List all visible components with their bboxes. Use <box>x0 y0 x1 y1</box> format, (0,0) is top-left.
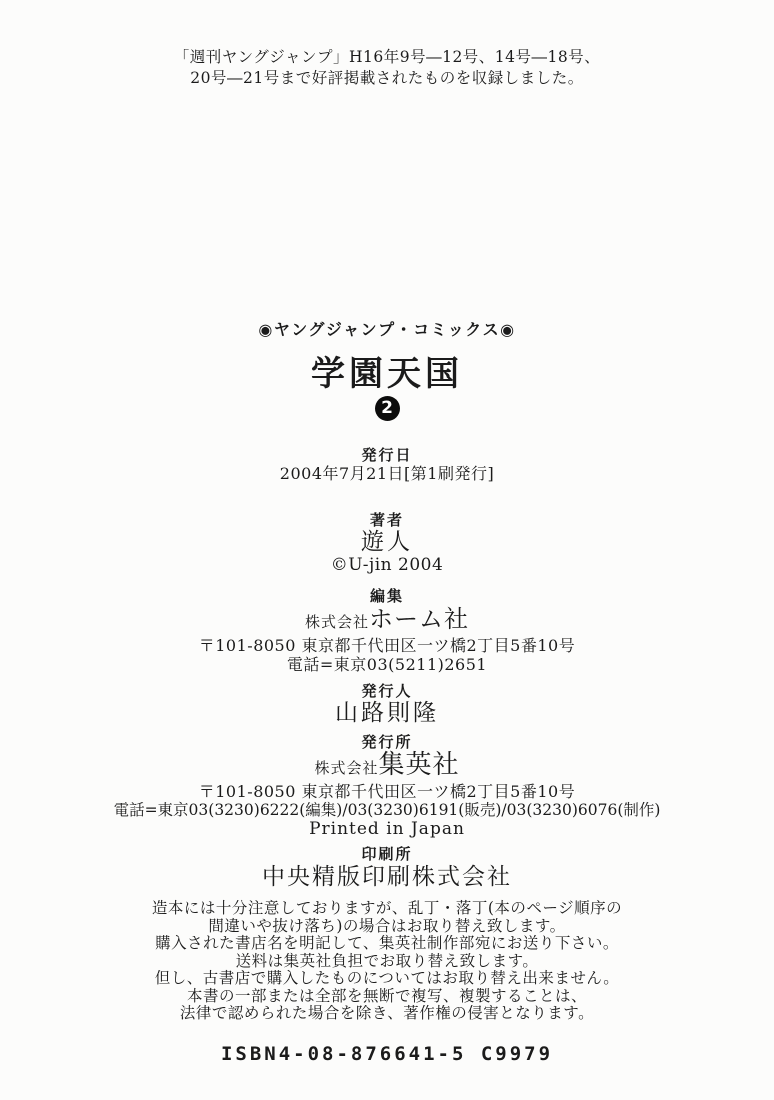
notice-line: 本書の一部または全部を無断で複写、複製することは、 <box>0 988 774 1006</box>
editor-phone: 電話=東京03(5211)2651 <box>0 655 774 674</box>
book-title: 学園天国 <box>0 354 774 394</box>
notice-line: 送料は集英社負担でお取り替え致します。 <box>0 953 774 971</box>
section-editor: 編集 株式会社ホーム社 〒101-8050 東京都千代田区一ツ橋2丁目5番10号… <box>0 588 774 674</box>
printed-in-japan: Printed in Japan <box>0 819 774 839</box>
publisher-label: 発行所 <box>0 734 774 751</box>
editor-company-name: ホーム社 <box>369 605 469 633</box>
printer-company-name: 中央精版印刷株式会社 <box>262 864 512 890</box>
editor-address: 〒101-8050 東京都千代田区一ツ橋2丁目5番10号 <box>0 636 774 655</box>
printer-label: 印刷所 <box>0 846 774 863</box>
section-publisher: 発行所 株式会社集英社 〒101-8050 東京都千代田区一ツ橋2丁目5番10号… <box>0 734 774 839</box>
isbn-code: ISBN4-08-876641-5 C9979 <box>0 1043 774 1065</box>
serialization-note-line2: 20号―21号まで好評掲載されたものを収録しました。 <box>0 68 774 89</box>
issue-date-label: 発行日 <box>0 447 774 464</box>
printer-company-line: 中央精版印刷株式会社 <box>0 863 774 893</box>
notice-line: 但し、古書店で購入したものについてはお取り替え出来ません。 <box>0 970 774 988</box>
section-issue-date: 発行日 2004年7月21日[第1刷発行] <box>0 447 774 483</box>
section-publisher-person: 発行人 山路則隆 <box>0 683 774 726</box>
notice-line: 造本には十分注意しておりますが、乱丁・落丁(本のページ順序の <box>0 900 774 918</box>
serialization-note-line1: 「週刊ヤングジャンプ」H16年9号―12号、14号―18号、 <box>0 47 774 68</box>
author-name: 遊人 <box>0 529 774 555</box>
notice-line: 間違いや抜け落ち)の場合はお取り替え致します。 <box>0 918 774 936</box>
section-author: 著者 遊人 ©U-jin 2004 <box>0 512 774 575</box>
publisher-company-name: 集英社 <box>379 750 460 780</box>
publisher-person-label: 発行人 <box>0 683 774 700</box>
author-label: 著者 <box>0 512 774 529</box>
issue-date-value: 2004年7月21日[第1刷発行] <box>0 464 774 483</box>
editor-company-line: 株式会社ホーム社 <box>0 605 774 636</box>
series-name: ◉ヤングジャンプ・コミックス◉ <box>0 320 774 339</box>
publisher-company-prefix: 株式会社 <box>314 759 378 777</box>
notice-line: 購入された書店名を明記して、集英社制作部宛にお送り下さい。 <box>0 935 774 953</box>
editor-company-prefix: 株式会社 <box>305 613 369 631</box>
publisher-person-name: 山路則隆 <box>0 700 774 726</box>
handling-notice: 造本には十分注意しておりますが、乱丁・落丁(本のページ順序の 間違いや抜け落ち)… <box>0 900 774 1023</box>
serialization-note: 「週刊ヤングジャンプ」H16年9号―12号、14号―18号、 20号―21号まで… <box>0 0 774 89</box>
volume-badge: 2 <box>375 396 400 421</box>
publisher-address: 〒101-8050 東京都千代田区一ツ橋2丁目5番10号 <box>0 782 774 801</box>
copyright-line: ©U-jin 2004 <box>0 555 774 575</box>
editor-label: 編集 <box>0 588 774 605</box>
section-printer: 印刷所 中央精版印刷株式会社 <box>0 846 774 893</box>
colophon-page: 「週刊ヤングジャンプ」H16年9号―12号、14号―18号、 20号―21号まで… <box>0 0 774 1100</box>
publisher-phone: 電話=東京03(3230)6222(編集)/03(3230)6191(販売)/0… <box>0 801 774 819</box>
publisher-company-line: 株式会社集英社 <box>0 751 774 782</box>
notice-line: 法律で認められた場合を除き、著作権の侵害となります。 <box>0 1005 774 1023</box>
volume-row: 2 <box>0 396 774 421</box>
